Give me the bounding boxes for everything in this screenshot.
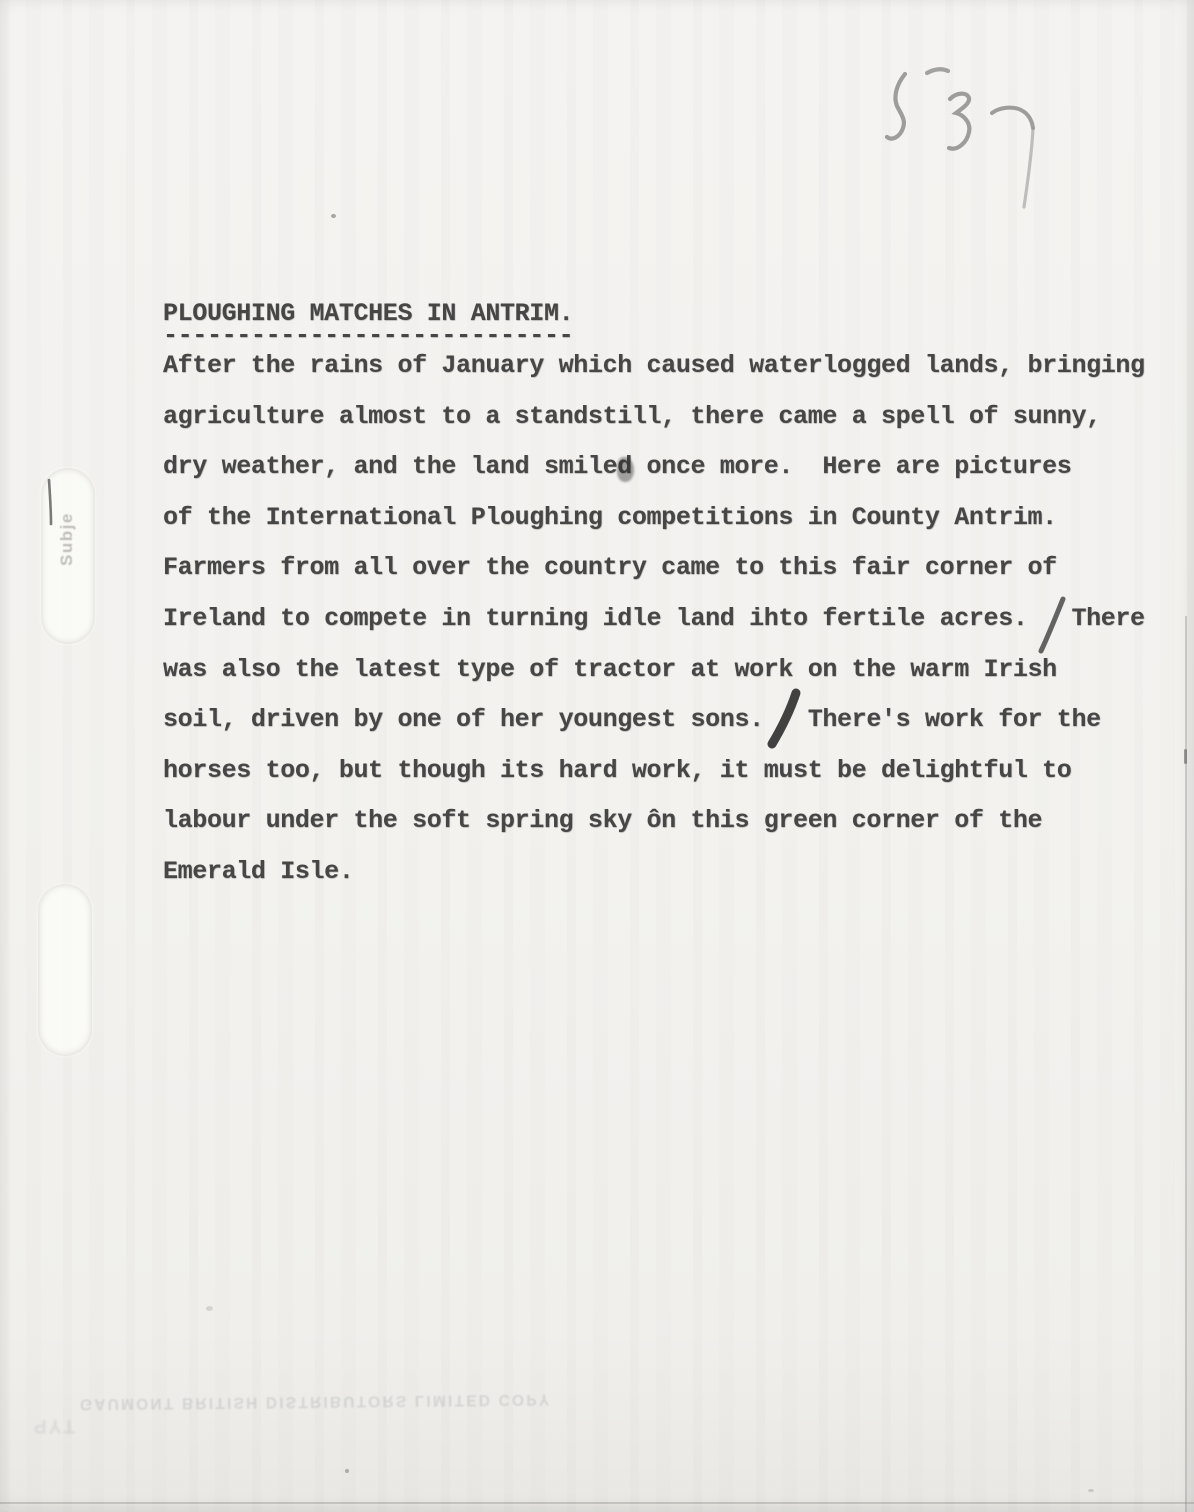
scan-vignette <box>0 0 1194 1512</box>
ink-speck <box>345 1469 349 1473</box>
ink-speck <box>331 214 336 218</box>
ink-speck <box>206 1306 213 1311</box>
scanned-typewritten-page: { "doc": { "handwritten_page_number": "5… <box>0 0 1194 1512</box>
ink-speck <box>1088 1489 1094 1492</box>
